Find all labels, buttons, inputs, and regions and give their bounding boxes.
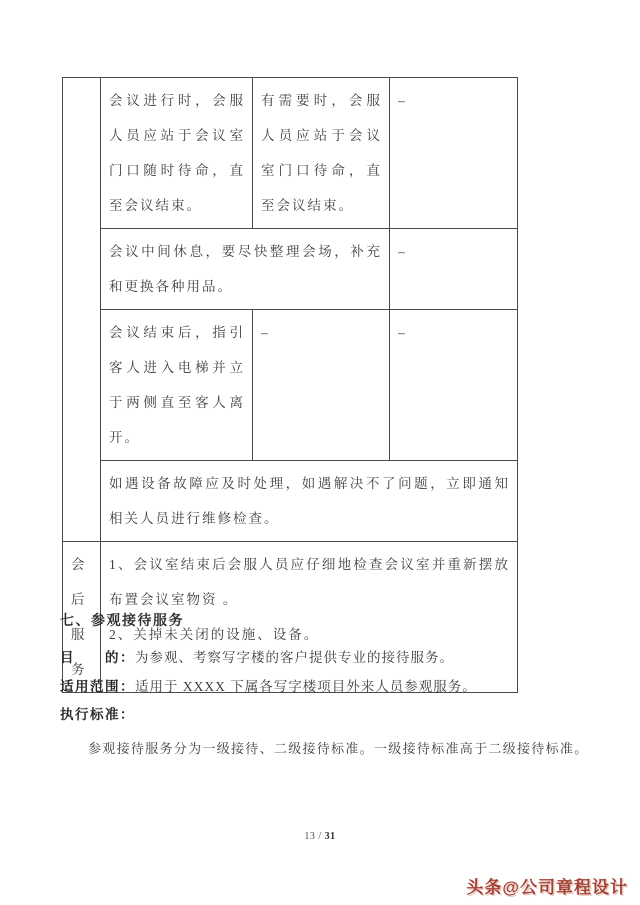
document-page: 会议进行时，会服人员应站于会议室门口随时待命，直至会议结束。 有需要时，会服人员…: [0, 0, 640, 905]
table-row: 会议结束后，指引客人进入电梯并立于两侧直至客人离开。 – –: [63, 310, 518, 461]
purpose-text: 为参观、考察写字楼的客户提供专业的接待服务。: [135, 650, 454, 665]
section-heading: 七、参观接待服务: [60, 610, 602, 630]
page-number-total: 31: [325, 831, 336, 842]
post-meeting-item-1: 1、会议室结束后会服人员应仔细地检查会议室并重新摆放布置会议室物资 。: [109, 547, 510, 617]
toutiao-watermark: 头条@公司章程设计: [466, 873, 628, 898]
table-row: 如遇设备故障应及时处理，如遇解决不了问题，立即通知相关人员进行维修检查。: [63, 461, 518, 542]
standard-line: 执行标准：: [60, 703, 602, 723]
page-number-current: 13 /: [304, 831, 324, 842]
scope-line: 适用范围：适用于 XXXX 下属各写字楼项目外来人员参观服务。: [60, 675, 602, 695]
cell-equipment-failure: 如遇设备故障应及时处理，如遇解决不了问题，立即通知相关人员进行维修检查。: [101, 461, 518, 542]
meeting-service-table: 会议进行时，会服人员应站于会议室门口随时待命，直至会议结束。 有需要时，会服人员…: [62, 77, 518, 693]
cell-dash: –: [253, 310, 390, 461]
table-row: 会议进行时，会服人员应站于会议室门口随时待命，直至会议结束。 有需要时，会服人员…: [63, 78, 518, 229]
scope-text: 适用于 XXXX 下属各写字楼项目外来人员参观服务。: [135, 679, 477, 694]
cell-dash: –: [390, 78, 518, 229]
cell-break-tidy: 会议中间休息，要尽快整理会场，补充和更换各种用品。: [101, 229, 390, 310]
cell-after-meeting-elevator: 会议结束后，指引客人进入电梯并立于两侧直至客人离开。: [101, 310, 253, 461]
scope-label: 适用范围：: [60, 679, 135, 694]
cell-when-needed-standby: 有需要时，会服人员应站于会议室门口待命，直至会议结束。: [253, 78, 390, 229]
cell-dash: –: [390, 310, 518, 461]
cell-during-meeting-standby: 会议进行时，会服人员应站于会议室门口随时待命，直至会议结束。: [101, 78, 253, 229]
standard-label: 执行标准：: [60, 707, 135, 722]
cell-dash: –: [390, 229, 518, 310]
stage-cell-empty: [63, 78, 101, 542]
page-number: 13 / 31: [0, 831, 640, 842]
standard-paragraph: 参观接待服务分为一级接待、二级接待标准。一级接待标准高于二级接待标准。: [88, 738, 602, 757]
purpose-label: 目 的：: [60, 650, 135, 665]
purpose-line: 目 的：为参观、考察写字楼的客户提供专业的接待服务。: [60, 646, 602, 666]
table-row: 会议中间休息，要尽快整理会场，补充和更换各种用品。 –: [63, 229, 518, 310]
